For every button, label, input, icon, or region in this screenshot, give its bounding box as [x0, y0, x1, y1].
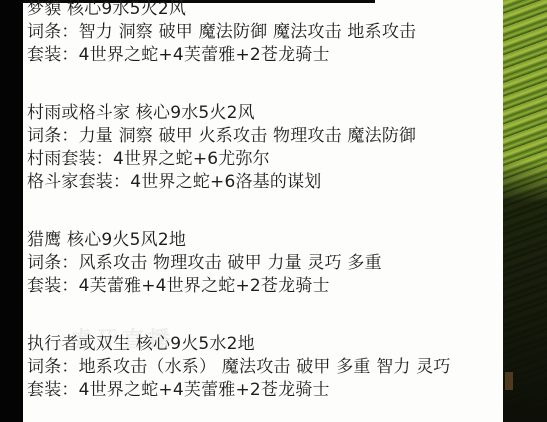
- build-set: 套装：4世界之蛇+4芙蕾雅+2苍龙骑士: [27, 44, 451, 67]
- build-set: 套装：4世界之蛇+4芙蕾雅+2苍龙骑士: [27, 379, 451, 402]
- document-panel: 虎牙直播 梦貘 核心9水5火2风 词条：智力 洞察 破甲 魔法防御 魔法攻击 地…: [23, 0, 503, 422]
- spacer: [27, 298, 451, 321]
- build-stats: 词条：力量 洞察 破甲 火系攻击 物理攻击 魔法防御: [27, 125, 451, 148]
- build-section-falcon: 猎鹰 核心9火5风2地 词条：风系攻击 物理攻击 破甲 力量 灵巧 多重 套装：…: [27, 229, 451, 298]
- build-title: 猎鹰 核心9火5风2地: [27, 229, 451, 252]
- background-game-scene: [503, 0, 547, 422]
- build-section-murasame-fighter: 村雨或格斗家 核心9水5火2风 词条：力量 洞察 破甲 火系攻击 物理攻击 魔法…: [27, 102, 451, 194]
- build-notes: 梦貘 核心9水5火2风 词条：智力 洞察 破甲 魔法防御 魔法攻击 地系攻击 套…: [27, 0, 451, 402]
- build-stats: 词条：智力 洞察 破甲 魔法防御 魔法攻击 地系攻击: [27, 21, 451, 44]
- build-section-mengmo: 梦貘 核心9水5火2风 词条：智力 洞察 破甲 魔法防御 魔法攻击 地系攻击 套…: [27, 0, 451, 67]
- build-set: 村雨套装：4世界之蛇+6尤弥尔: [27, 148, 451, 171]
- build-set: 套装：4芙蕾雅+4世界之蛇+2苍龙骑士: [27, 275, 451, 298]
- spacer: [27, 194, 451, 217]
- build-title: 执行者或双生 核心9火5水2地: [27, 333, 451, 356]
- build-section-executor-twin: 执行者或双生 核心9火5水2地 词条：地系攻击（水系） 魔法攻击 破甲 多重 智…: [27, 333, 451, 402]
- background-glyph: [505, 372, 513, 390]
- build-title: 村雨或格斗家 核心9水5火2风: [27, 102, 451, 125]
- spacer: [27, 67, 451, 90]
- build-set: 格斗家套装：4世界之蛇+6洛基的谋划: [27, 171, 451, 194]
- build-stats: 词条：风系攻击 物理攻击 破甲 力量 灵巧 多重: [27, 252, 451, 275]
- build-stats: 词条：地系攻击（水系） 魔法攻击 破甲 多重 智力 灵巧: [27, 356, 451, 379]
- left-black-strip: [0, 0, 23, 422]
- build-title: 梦貘 核心9水5火2风: [27, 0, 451, 21]
